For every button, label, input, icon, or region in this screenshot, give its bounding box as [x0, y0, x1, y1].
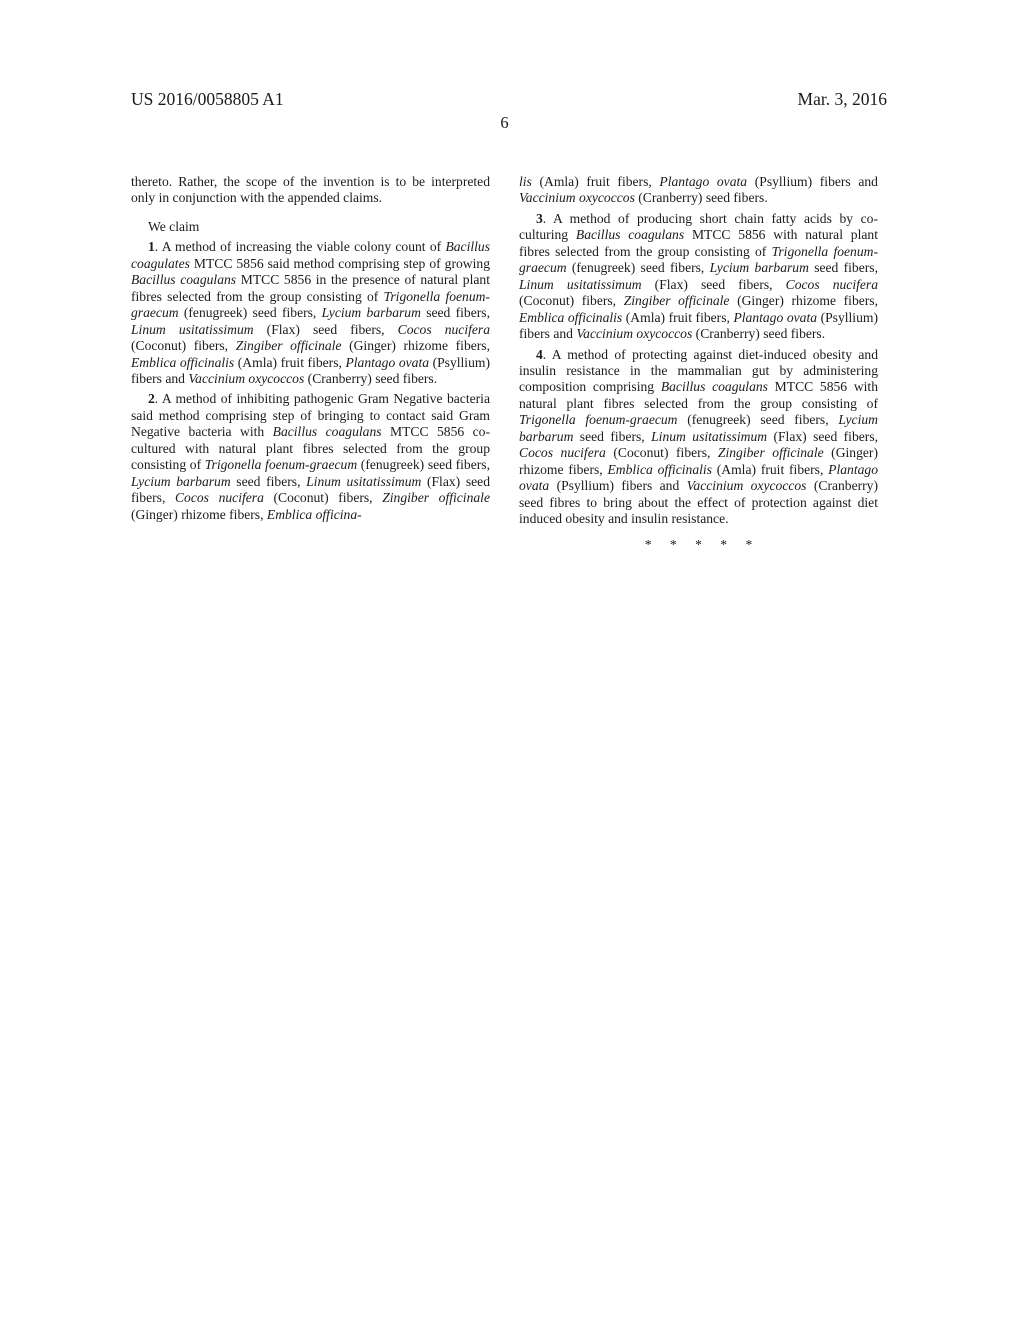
text-segment: Lycium barbarum	[710, 260, 809, 275]
text-segment: (Amla) fruit fibers,	[712, 462, 828, 477]
text-segment: Lycium barbarum	[131, 474, 231, 489]
text-segment: (Amla) fruit fibers,	[532, 174, 660, 189]
publication-date: Mar. 3, 2016	[798, 88, 887, 110]
patent-publication-number: US 2016/0058805 A1	[131, 88, 284, 110]
text-segment: Trigonella foenum-graecum	[205, 457, 357, 472]
we-claim-heading: We claim	[131, 219, 490, 235]
text-segment: Linum usitatissimum	[519, 277, 642, 292]
text-segment: (Flax) seed fibers,	[254, 322, 398, 337]
text-segment: (Flax) seed fibers,	[767, 429, 878, 444]
text-segment: Zingiber officinale	[718, 445, 824, 460]
text-segment: Vaccinium oxycoccos	[687, 478, 807, 493]
right-column: lis (Amla) fruit fibers, Plantago ovata …	[519, 174, 878, 553]
text-segment: Zingiber officinale	[236, 338, 342, 353]
text-segment: (Cranberry) seed fibers.	[635, 190, 768, 205]
text-segment: Cocos nucifera	[175, 490, 264, 505]
text-segment: (fenugreek) seed fibers,	[357, 457, 490, 472]
text-segment: Lycium barbarum	[322, 305, 421, 320]
text-segment: Linum usitatissimum	[131, 322, 254, 337]
claims-text: thereto. Rather, the scope of the invent…	[131, 174, 878, 553]
text-segment: (Coconut) fibers,	[131, 338, 236, 353]
text-segment: Zingiber officinale	[382, 490, 490, 505]
text-segment: (Ginger) rhizome fibers,	[131, 507, 267, 522]
text-segment: . A method of increasing the viable colo…	[155, 239, 446, 254]
patent-page: US 2016/0058805 A1 Mar. 3, 2016 6 theret…	[0, 0, 1024, 1320]
left-column: thereto. Rather, the scope of the invent…	[131, 174, 490, 553]
text-segment: 3	[536, 211, 543, 226]
text-segment: (fenugreek) seed fibers,	[567, 260, 710, 275]
text-segment: (Ginger) rhizome fibers,	[341, 338, 490, 353]
text-segment: Linum usitatissimum	[651, 429, 767, 444]
text-segment: Bacillus coagulans	[273, 424, 382, 439]
text-segment: (Cranberry) seed fibers.	[304, 371, 437, 386]
text-segment: (Psyllium) fibers and	[549, 478, 686, 493]
text-segment: Trigonella foenum-graecum	[519, 412, 678, 427]
text-segment: Bacillus coagulans	[131, 272, 236, 287]
text-segment: lis	[519, 174, 532, 189]
claim-1: 1. A method of increasing the viable col…	[131, 239, 490, 387]
text-segment: Plantago ovata	[733, 310, 817, 325]
text-segment: (fenugreek) seed fibers,	[179, 305, 322, 320]
text-segment: (Coconut) fibers,	[264, 490, 382, 505]
text-segment: 1	[148, 239, 155, 254]
end-asterisks: * * * * *	[519, 537, 878, 553]
text-segment: Linum usitatissimum	[306, 474, 421, 489]
claim-2: 2. A method of inhibiting pathogenic Gra…	[131, 391, 490, 523]
text-segment: We claim	[148, 219, 199, 234]
text-segment: * * * * *	[645, 537, 753, 552]
text-segment: Cocos nucifera	[519, 445, 606, 460]
text-segment: (Amla) fruit fibers,	[622, 310, 733, 325]
text-segment: seed fibers,	[231, 474, 306, 489]
text-segment: (Flax) seed fibers,	[642, 277, 786, 292]
text-segment: (Coconut) fibers,	[606, 445, 718, 460]
page-number: 6	[131, 112, 878, 134]
claim-2-continued: lis (Amla) fruit fibers, Plantago ovata …	[519, 174, 878, 207]
text-segment: (fenugreek) seed fibers,	[678, 412, 839, 427]
text-segment: Emblica officina-	[267, 507, 362, 522]
text-segment: (Ginger) rhizome fibers,	[729, 293, 878, 308]
text-segment: Emblica officinalis	[607, 462, 711, 477]
text-segment: MTCC 5856 said method comprising step of…	[190, 256, 490, 271]
text-segment: Vaccinium oxycoccos	[576, 326, 692, 341]
text-segment: Emblica officinalis	[519, 310, 622, 325]
intro-paragraph: thereto. Rather, the scope of the invent…	[131, 174, 490, 207]
text-segment: seed fibers,	[421, 305, 490, 320]
text-segment: Bacillus coagulans	[576, 227, 684, 242]
text-segment: (Amla) fruit fibers,	[234, 355, 345, 370]
text-segment: 2	[148, 391, 155, 406]
claim-3: 3. A method of producing short chain fat…	[519, 211, 878, 343]
text-segment: Zingiber officinale	[624, 293, 730, 308]
text-segment: Vaccinium oxycoccos	[519, 190, 635, 205]
text-segment: Cocos nucifera	[398, 322, 490, 337]
claim-4: 4. A method of protecting against diet-i…	[519, 347, 878, 528]
text-segment: seed fibers,	[573, 429, 651, 444]
page-header: US 2016/0058805 A1 Mar. 3, 2016	[131, 88, 887, 110]
text-segment: thereto. Rather, the scope of the invent…	[131, 174, 490, 205]
text-segment: Vaccinium oxycoccos	[188, 371, 304, 386]
text-segment: Cocos nucifera	[786, 277, 878, 292]
text-segment: (Psyllium) fibers and	[747, 174, 878, 189]
text-segment: Emblica officinalis	[131, 355, 234, 370]
text-segment: seed fibers,	[809, 260, 878, 275]
text-segment: (Cranberry) seed fibers.	[692, 326, 825, 341]
text-segment: 4	[536, 347, 543, 362]
text-segment: (Coconut) fibers,	[519, 293, 624, 308]
text-segment: Bacillus coagulans	[661, 379, 768, 394]
text-segment: Plantago ovata	[659, 174, 747, 189]
text-segment: Plantago ovata	[345, 355, 429, 370]
